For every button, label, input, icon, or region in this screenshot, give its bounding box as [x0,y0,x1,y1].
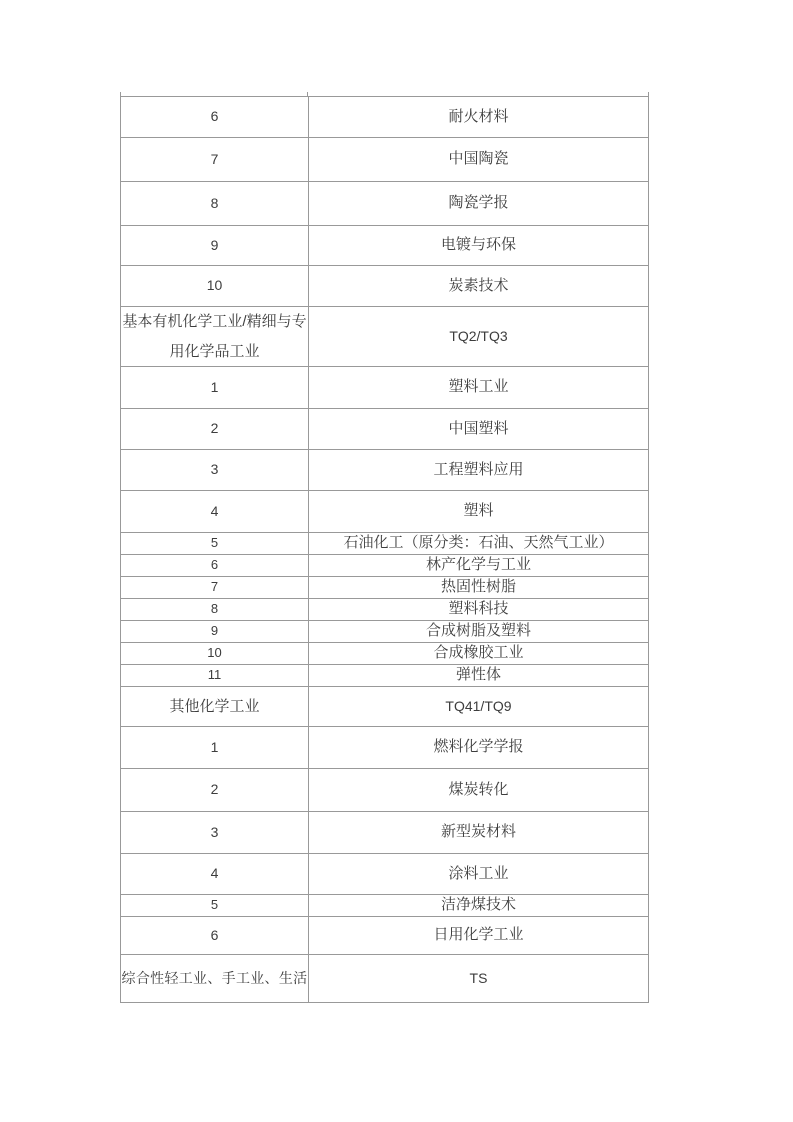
journal-name-text: 弹性体 [456,666,501,685]
journal-name-text: 工程塑料应用 [433,461,523,480]
row-number-text: 2 [211,781,219,799]
class-code-cell: TS [308,955,649,1002]
journal-name-text: 中国塑料 [448,420,508,439]
row-number-text: 9 [211,237,219,255]
table-row: 5石油化工（原分类：石油、天然气工业） [120,533,649,555]
journal-name-cell: 新型炭材料 [308,812,649,853]
row-number-text: 3 [211,461,219,479]
category-name-cell: 基本有机化学工业/精细与专用化学品工业 [120,307,308,366]
table-row: 10炭素技术 [120,266,649,307]
table-row: 6林产化学与工业 [120,555,649,577]
category-name-text-part: 精细与专 [247,314,307,330]
table-row: 7热固性树脂 [120,577,649,599]
row-number-text: 6 [211,927,219,945]
journal-name-text: 新型炭材料 [441,823,516,842]
row-number-cell: 5 [120,533,308,554]
journal-name-cell: 热固性树脂 [308,577,649,598]
table-row: 6日用化学工业 [120,917,649,955]
row-number-cell: 2 [120,409,308,449]
category-name-cell: 其他化学工业 [120,687,308,726]
journal-name-text: 涂料工业 [448,865,508,884]
journal-name-cell: 合成树脂及塑料 [308,621,649,642]
row-number-text: 7 [211,579,218,595]
table-row: 2中国塑料 [120,409,649,450]
table-row: 3新型炭材料 [120,812,649,854]
journal-name-cell: 塑料 [308,491,649,532]
journal-name-cell: 石油化工（原分类：石油、天然气工业） [308,533,649,554]
row-number-cell: 8 [120,599,308,620]
journal-name-text: 炭素技术 [448,277,508,296]
row-number-cell: 5 [120,895,308,916]
row-number-text: 6 [211,557,218,573]
row-number-cell: 10 [120,643,308,664]
journal-name-cell: 洁净煤技术 [308,895,649,916]
row-number-cell: 2 [120,769,308,811]
row-number-text: 8 [211,195,219,213]
journal-name-cell: 弹性体 [308,665,649,686]
row-number-cell: 6 [120,97,308,137]
row-number-cell: 1 [120,727,308,768]
table-row: 3工程塑料应用 [120,450,649,491]
journal-name-text: 塑料科技 [448,600,508,619]
class-code-cell: TQ2/TQ3 [308,307,649,366]
table-row: 2煤炭转化 [120,769,649,812]
journal-name-cell: 煤炭转化 [308,769,649,811]
row-number-cell: 9 [120,226,308,265]
row-number-text: 4 [211,865,219,883]
table-row: 11弹性体 [120,665,649,687]
table-row: 5洁净煤技术 [120,895,649,917]
class-code-cell: TQ41/TQ9 [308,687,649,726]
journal-name-cell: 塑料工业 [308,367,649,408]
row-number-cell: 6 [120,917,308,954]
journal-name-cell: 日用化学工业 [308,917,649,954]
row-number-text: 4 [211,503,219,521]
row-number-cell: 8 [120,182,308,225]
category-name-text-part: 基本有机化学工业/ [122,313,246,330]
journal-name-cell: 陶瓷学报 [308,182,649,225]
row-number-text: 3 [211,824,219,842]
class-code-text: TQ2/TQ3 [449,328,507,346]
row-number-cell: 7 [120,577,308,598]
row-number-text: 10 [207,277,223,295]
journal-name-text: 林产化学与工业 [426,556,531,575]
row-number-text: 9 [211,623,218,639]
table-row: 6耐火材料 [120,97,649,138]
row-number-cell: 4 [120,854,308,894]
journal-name-text: 耐火材料 [448,108,508,127]
row-number-text: 1 [211,739,219,757]
journal-name-text: 洁净煤技术 [441,896,516,915]
table-row: 1塑料工业 [120,367,649,409]
row-number-cell: 3 [120,812,308,853]
journal-name-text: 石油化工（原分类：石油、天然气工业） [343,534,613,553]
journal-name-text: 燃料化学学报 [433,738,523,757]
table-row: 8陶瓷学报 [120,182,649,226]
journal-name-text: 陶瓷学报 [448,194,508,213]
row-number-text: 5 [211,535,218,551]
document-page: 6耐火材料7中国陶瓷8陶瓷学报9电镀与环保10炭素技术基本有机化学工业/精细与专… [0,0,793,1122]
table-row: 10合成橡胶工业 [120,643,649,665]
journal-name-cell: 耐火材料 [308,97,649,137]
table-row: 1燃料化学学报 [120,727,649,769]
table-row: 8塑料科技 [120,599,649,621]
row-number-cell: 10 [120,266,308,306]
row-number-cell: 7 [120,138,308,181]
journal-name-text: 热固性树脂 [441,578,516,597]
row-number-text: 11 [208,667,222,683]
row-number-text: 8 [211,601,218,617]
journal-name-text: 煤炭转化 [448,781,508,800]
journal-name-cell: 林产化学与工业 [308,555,649,576]
journal-name-cell: 电镀与环保 [308,226,649,265]
row-number-text: 2 [211,420,219,438]
category-name-text-part: 用化学品工业 [169,344,259,360]
table-row: 9合成树脂及塑料 [120,621,649,643]
row-number-cell: 4 [120,491,308,532]
row-number-cell: 3 [120,450,308,490]
category-name-cell: 综合性轻工业、手工业、生活 [120,955,308,1002]
journal-name-cell: 中国塑料 [308,409,649,449]
journal-name-text: 日用化学工业 [433,926,523,945]
class-code-text: TQ41/TQ9 [445,698,511,716]
journal-name-cell: 塑料科技 [308,599,649,620]
category-name-text: 综合性轻工业、手工业、生活 [121,970,308,988]
journal-name-text: 塑料 [463,502,493,521]
journal-name-text: 电镀与环保 [441,236,516,255]
journal-name-cell: 涂料工业 [308,854,649,894]
row-number-text: 6 [211,108,219,126]
category-name-text: 基本有机化学工业/精细与专用化学品工业 [122,307,306,366]
journal-name-cell: 中国陶瓷 [308,138,649,181]
table-row: 4塑料 [120,491,649,533]
table-row: 4涂料工业 [120,854,649,895]
category-name-text: 其他化学工业 [169,692,259,722]
category-header-row: 综合性轻工业、手工业、生活TS [120,955,649,1003]
table-row: 9电镀与环保 [120,226,649,266]
journal-name-cell: 合成橡胶工业 [308,643,649,664]
journal-name-cell: 炭素技术 [308,266,649,306]
journal-name-text: 合成橡胶工业 [433,644,523,663]
row-number-cell: 9 [120,621,308,642]
journal-name-cell: 燃料化学学报 [308,727,649,768]
table-row: 7中国陶瓷 [120,138,649,182]
row-number-cell: 11 [120,665,308,686]
row-number-text: 7 [211,151,219,169]
journal-name-text: 合成树脂及塑料 [426,622,531,641]
row-number-cell: 6 [120,555,308,576]
journal-name-text: 塑料工业 [448,378,508,397]
row-number-text: 5 [211,897,218,913]
class-code-text: TS [470,970,488,988]
row-number-cell: 1 [120,367,308,408]
category-header-row: 其他化学工业TQ41/TQ9 [120,687,649,727]
category-journal-table: 6耐火材料7中国陶瓷8陶瓷学报9电镀与环保10炭素技术基本有机化学工业/精细与专… [120,96,649,1003]
row-number-text: 1 [211,379,219,397]
row-number-text: 10 [207,645,221,661]
journal-name-cell: 工程塑料应用 [308,450,649,490]
category-header-row: 基本有机化学工业/精细与专用化学品工业TQ2/TQ3 [120,307,649,367]
journal-name-text: 中国陶瓷 [448,150,508,169]
